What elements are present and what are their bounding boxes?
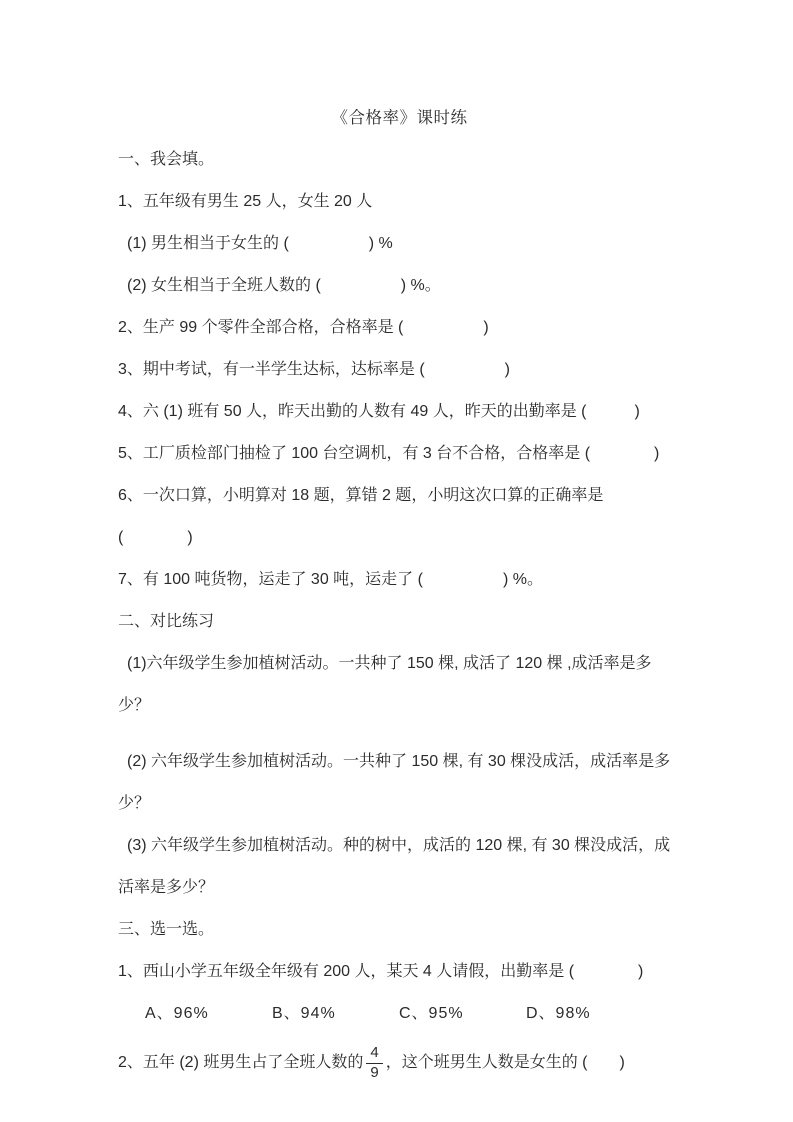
section1-question-1-2: (2) 女生相当于全班人数的 ( ) %。	[118, 265, 681, 307]
section3-question-1: 1、西山小学五年级全年级有 200 人，某天 4 人请假，出勤率是 ( )	[118, 951, 681, 993]
section2-question-1: (1)六年级学生参加植树活动。一共种了 150 棵, 成活了 120 棵 ,成活…	[118, 643, 681, 727]
choice-option-b: B、94%	[272, 993, 399, 1035]
section3-heading: 三、选一选。	[118, 909, 681, 951]
section1-question-5: 5、工厂质检部门抽检了 100 台空调机，有 3 台不合格，合格率是 ( )	[118, 433, 681, 475]
question-2-suffix: ，这个班男生人数是女生的 ( )	[386, 1052, 625, 1074]
section2-question-2: (2) 六年级学生参加植树活动。一共种了 150 棵, 有 30 棵没成活，成活…	[118, 741, 681, 825]
section2-heading: 二、对比练习	[118, 601, 681, 643]
worksheet-page: 《合格率》课时练 一、我会填。 1、五年级有男生 25 人，女生 20 人 (1…	[0, 0, 793, 1122]
choice-options-row: A、96% B、94% C、95% D、98%	[118, 993, 681, 1035]
section1-question-4: 4、六 (1) 班有 50 人，昨天出勤的人数有 49 人，昨天的出勤率是 ( …	[118, 391, 681, 433]
fraction-four-ninths: 49	[366, 1044, 382, 1083]
choice-option-d: D、98%	[526, 993, 591, 1035]
section1-heading: 一、我会填。	[118, 139, 681, 181]
section2-question-3: (3) 六年级学生参加植树活动。种的树中，成活的 120 棵, 有 30 棵没成…	[118, 825, 681, 909]
choice-option-a: A、96%	[145, 993, 272, 1035]
section1-question-7: 7、有 100 吨货物，运走了 30 吨，运走了 ( ) %。	[118, 559, 681, 601]
section1-question-2: 2、生产 99 个零件全部合格，合格率是 ( )	[118, 307, 681, 349]
section1-question-1: 1、五年级有男生 25 人，女生 20 人	[118, 181, 681, 223]
section1-question-3: 3、期中考试，有一半学生达标，达标率是 ( )	[118, 349, 681, 391]
fraction-denominator: 9	[366, 1063, 382, 1083]
section3-question-2: 2、五年 (2) 班男生占了全班人数的49，这个班男生人数是女生的 ( )	[118, 1035, 681, 1091]
fraction-numerator: 4	[366, 1044, 382, 1063]
section1-question-6: 6、一次口算，小明算对 18 题，算错 2 题，小明这次口算的正确率是 ( )	[118, 475, 681, 559]
page-title: 《合格率》课时练	[118, 97, 681, 139]
question-2-prefix: 2、五年 (2) 班男生占了全班人数的	[118, 1052, 363, 1074]
section1-question-1-1: (1) 男生相当于女生的 ( ) %	[118, 223, 681, 265]
choice-option-c: C、95%	[399, 993, 526, 1035]
